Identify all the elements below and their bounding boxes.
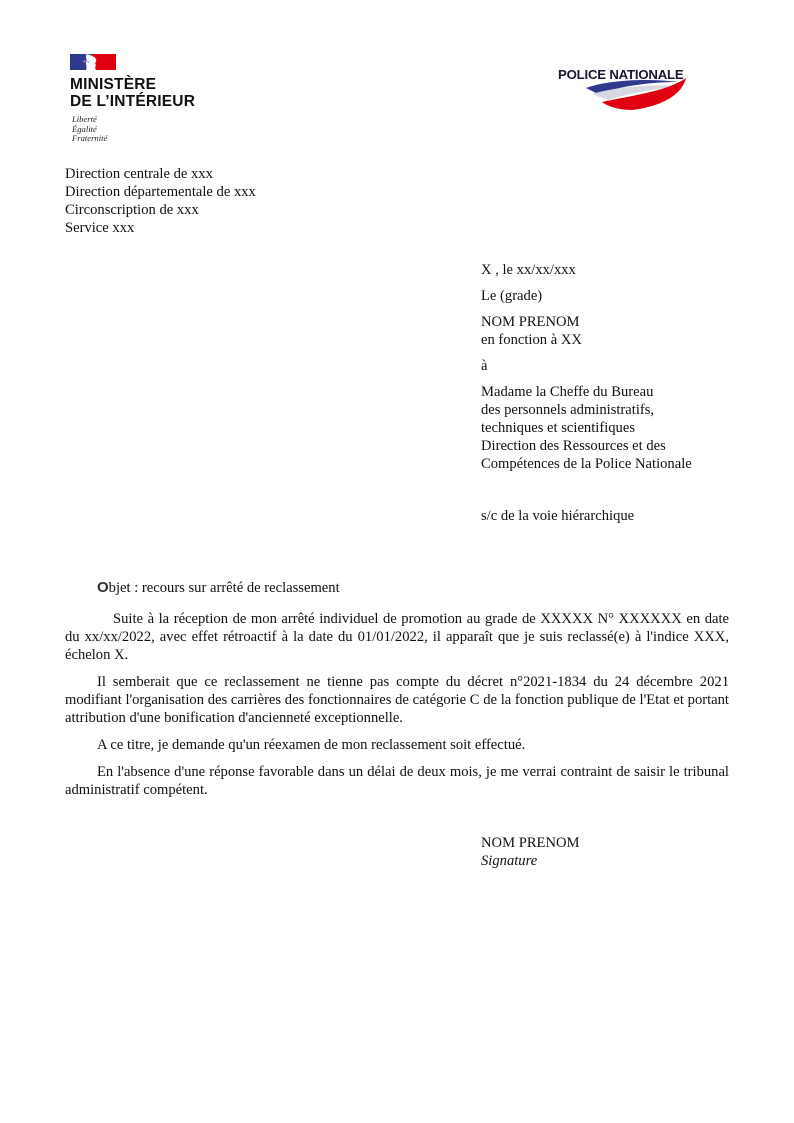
sender-function: en fonction à XX xyxy=(481,331,692,349)
addressee-line: techniques et scientifiques xyxy=(481,419,692,437)
via-hierarchy: s/c de la voie hiérarchique xyxy=(481,507,692,525)
addressee-line: Madame la Cheffe du Bureau xyxy=(481,383,692,401)
place-date: X , le xx/xx/xxx xyxy=(481,261,692,279)
subject-line: Objet : recours sur arrêté de reclasseme… xyxy=(97,579,340,597)
addressee-line: Direction des Ressources et des xyxy=(481,437,692,455)
french-flag-marianne-icon xyxy=(70,54,116,70)
subject-initial: O xyxy=(97,579,109,596)
body-paragraph: En l'absence d'une réponse favorable dan… xyxy=(65,763,729,799)
sender-line: Direction départementale de xxx xyxy=(65,183,256,201)
sender-name: NOM PRENOM xyxy=(481,313,692,331)
addressee-line: Compétences de la Police Nationale xyxy=(481,455,692,473)
sender-line: Service xxx xyxy=(65,219,256,237)
sender-block: Direction centrale de xxx Direction dépa… xyxy=(65,165,256,237)
ministry-name-line-1: MINISTÈRE xyxy=(70,76,195,93)
ministry-name-line-2: DE L’INTÉRIEUR xyxy=(70,93,195,110)
ministry-name: MINISTÈRE DE L’INTÉRIEUR xyxy=(70,76,195,110)
police-logo-text: POLICE NATIONALE xyxy=(558,67,684,82)
addressee-line: des personnels administratifs, xyxy=(481,401,692,419)
signature-label: Signature xyxy=(481,852,580,870)
body-paragraph: A ce titre, je demande qu'un réexamen de… xyxy=(65,736,729,754)
body-paragraph: Il semberait que ce reclassement ne tien… xyxy=(65,673,729,727)
to-label: à xyxy=(481,357,692,375)
signature-block: NOM PRENOM Signature xyxy=(481,834,580,870)
subject-text: bjet : recours sur arrêté de reclassemen… xyxy=(109,580,340,596)
sender-line: Direction centrale de xxx xyxy=(65,165,256,183)
sender-grade: Le (grade) xyxy=(481,287,692,305)
motto-fraternite: Fraternité xyxy=(72,134,107,144)
recipient-block: X , le xx/xx/xxx Le (grade) NOM PRENOM e… xyxy=(481,261,692,525)
signatory-name: NOM PRENOM xyxy=(481,834,580,852)
police-nationale-logo: POLICE NATIONALE xyxy=(558,66,698,112)
republic-motto: Liberté Égalité Fraternité xyxy=(72,115,107,144)
sender-line: Circonscription de xxx xyxy=(65,201,256,219)
letter-body: Suite à la réception de mon arrêté indiv… xyxy=(65,610,729,808)
body-paragraph: Suite à la réception de mon arrêté indiv… xyxy=(65,610,729,664)
